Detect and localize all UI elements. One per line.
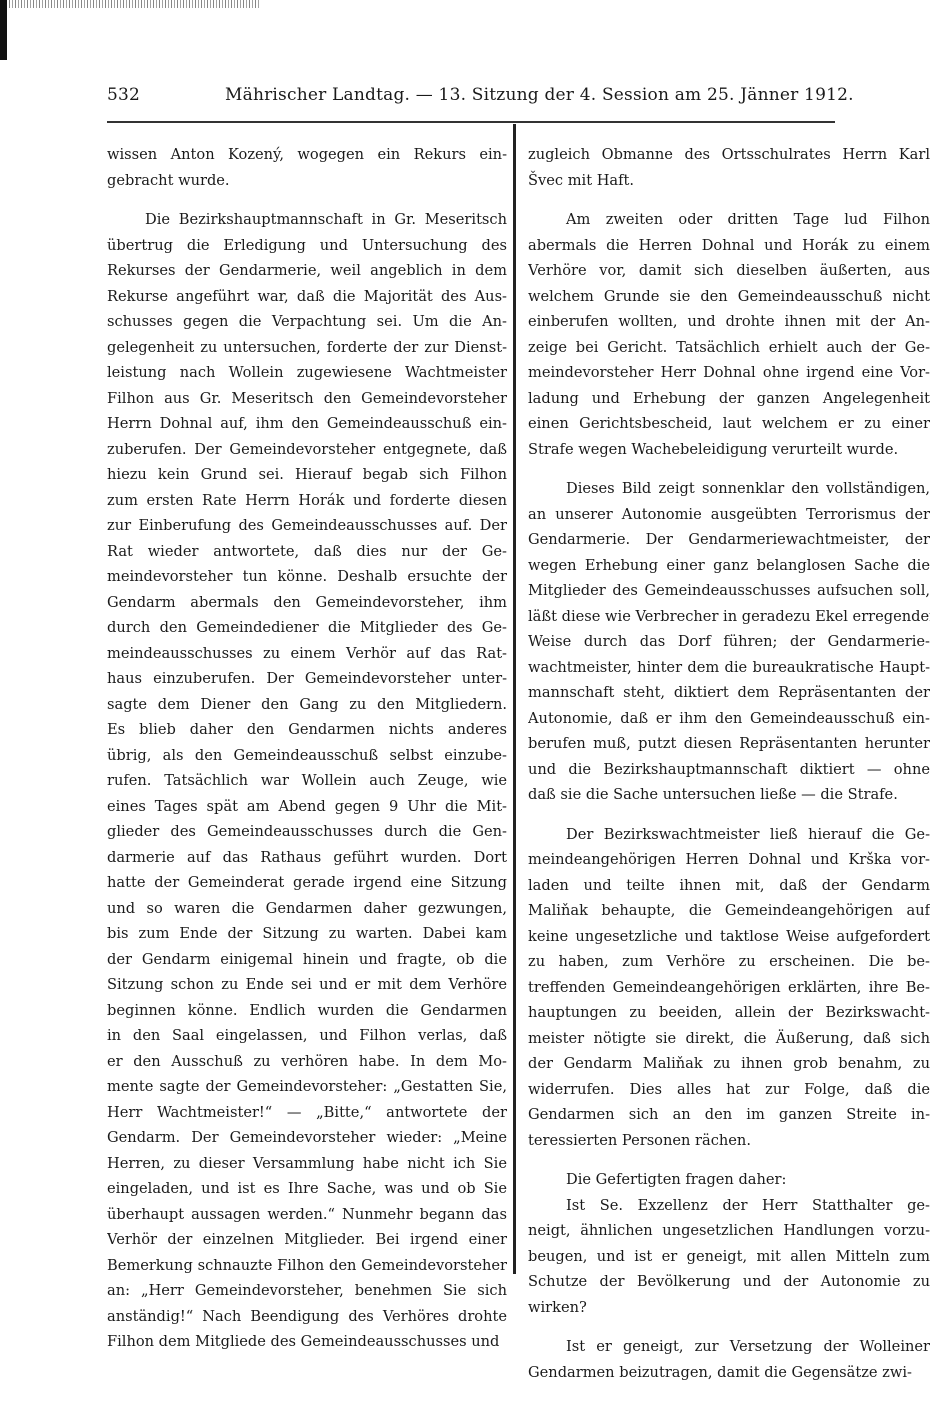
- text-line: hauptungen zu beeiden, allein der Bezirk…: [528, 1000, 930, 1026]
- text-line: mente sagte der Gemeindevorsteher: „Gest…: [107, 1074, 507, 1100]
- paragraph: wissen Anton Kozený, wogegen ein Rekurs …: [107, 142, 507, 193]
- text-line: Autonomie, daß er ihm den Gemeindeaussch…: [528, 706, 930, 732]
- text-line: meindevorsteher Herr Dohnal ohne irgend …: [528, 360, 930, 386]
- text-line: beginnen könne. Endlich wurden die Genda…: [107, 998, 507, 1024]
- text-line: überhaupt aussagen werden.“ Nunmehr bega…: [107, 1202, 507, 1228]
- text-line: der Gendarm Maliňak zu ihnen grob benahm…: [528, 1051, 930, 1077]
- text-line: durch den Gemeindediener die Mitglieder …: [107, 615, 507, 641]
- text-line: meister nötigte sie direkt, die Äußerung…: [528, 1026, 930, 1052]
- text-line: gebracht wurde.: [107, 168, 507, 194]
- text-line: wirken?: [528, 1295, 930, 1321]
- text-line: Gendarmerie. Der Gendarmeriewachtmeister…: [528, 527, 930, 553]
- text-line: Gendarmen beizutragen, damit die Gegensä…: [528, 1360, 930, 1386]
- text-line: wissen Anton Kozený, wogegen ein Rekurs …: [107, 142, 507, 168]
- text-line: berufen muß, putzt diesen Repräsentanten…: [528, 731, 930, 757]
- text-line: Herr Wachtmeister!“ — „Bitte,“ antwortet…: [107, 1100, 507, 1126]
- text-line: Mitglieder des Gemeindeausschusses aufsu…: [528, 578, 930, 604]
- paragraph: Die Gefertigten fragen daher:: [528, 1167, 930, 1193]
- text-line: Švec mit Haft.: [528, 168, 930, 194]
- text-line: Die Bezirkshauptmannschaft in Gr. Meseri…: [107, 207, 507, 233]
- scan-artifact-top: [0, 0, 260, 8]
- running-header: 532 Mährischer Landtag. — 13. Sitzung de…: [107, 82, 835, 110]
- scan-edge-shadow: [0, 0, 7, 60]
- text-line: Ist Se. Exzellenz der Herr Statthalter g…: [528, 1193, 930, 1219]
- text-line: Weise durch das Dorf führen; der Gendarm…: [528, 629, 930, 655]
- text-line: anständig!“ Nach Beendigung des Verhöres…: [107, 1304, 507, 1330]
- text-line: meindevorsteher tun könne. Deshalb ersuc…: [107, 564, 507, 590]
- running-title: Mährischer Landtag. — 13. Sitzung der 4.…: [225, 85, 854, 105]
- text-line: sagte dem Diener den Gang zu den Mitglie…: [107, 692, 507, 718]
- text-line: Filhon aus Gr. Meseritsch den Gemeindevo…: [107, 386, 507, 412]
- text-line: abermals die Herren Dohnal und Horák zu …: [528, 233, 930, 259]
- text-line: teressierten Personen rächen.: [528, 1128, 930, 1154]
- text-line: schusses gegen die Verpachtung sei. Um d…: [107, 309, 507, 335]
- text-line: er den Ausschuß zu verhören habe. In dem…: [107, 1049, 507, 1075]
- text-line: neigt, ähnlichen ungesetzlichen Handlung…: [528, 1218, 930, 1244]
- text-line: Rat wieder antwortete, daß dies nur der …: [107, 539, 507, 565]
- text-line: hatte der Gemeinderat gerade irgend eine…: [107, 870, 507, 896]
- text-line: einberufen wollten, und drohte ihnen mit…: [528, 309, 930, 335]
- text-line: darmerie auf das Rathaus geführt wurden.…: [107, 845, 507, 871]
- text-line: wegen Erhebung einer ganz belanglosen Sa…: [528, 553, 930, 579]
- text-line: treffenden Gemeindeangehörigen erklärten…: [528, 975, 930, 1001]
- text-line: Der Bezirkswachtmeister ließ hierauf die…: [528, 822, 930, 848]
- text-line: zugleich Obmanne des Ortsschulrates Herr…: [528, 142, 930, 168]
- text-line: und die Bezirkshauptmannschaft diktiert …: [528, 757, 930, 783]
- text-line: Sitzung schon zu Ende sei und er mit dem…: [107, 972, 507, 998]
- text-line: läßt diese wie Verbrecher in geradezu Ek…: [528, 604, 930, 630]
- paragraph: Am zweiten oder dritten Tage lud Filhona…: [528, 207, 930, 462]
- paragraph: Ist Se. Exzellenz der Herr Statthalter g…: [528, 1193, 930, 1321]
- text-line: zuberufen. Der Gemeindevorsteher entgegn…: [107, 437, 507, 463]
- text-line: Am zweiten oder dritten Tage lud Filhon: [528, 207, 930, 233]
- text-line: daß sie die Sache untersuchen ließe — di…: [528, 782, 930, 808]
- text-line: welchem Grunde sie den Gemeindeausschuß …: [528, 284, 930, 310]
- text-line: zeige bei Gericht. Tatsächlich erhielt a…: [528, 335, 930, 361]
- text-line: bis zum Ende der Sitzung zu warten. Dabe…: [107, 921, 507, 947]
- text-line: ladung und Erhebung der ganzen Angelegen…: [528, 386, 930, 412]
- text-line: keine ungesetzliche und taktlose Weise a…: [528, 924, 930, 950]
- page-number: 532: [107, 85, 140, 105]
- text-line: einen Gerichtsbescheid, laut welchem er …: [528, 411, 930, 437]
- text-line: laden und teilte ihnen mit, daß der Gend…: [528, 873, 930, 899]
- column-divider: [513, 124, 516, 1274]
- text-line: Gendarmen sich an den im ganzen Streite …: [528, 1102, 930, 1128]
- text-line: Die Gefertigten fragen daher:: [528, 1167, 930, 1193]
- text-line: Rekurses der Gendarmerie, weil angeblich…: [107, 258, 507, 284]
- text-line: Gendarm. Der Gemeindevorsteher wieder: „…: [107, 1125, 507, 1151]
- text-line: der Gendarm einigemal hinein und fragte,…: [107, 947, 507, 973]
- text-line: zu haben, zum Verhöre zu erscheinen. Die…: [528, 949, 930, 975]
- text-line: Gendarm abermals den Gemeindevorsteher, …: [107, 590, 507, 616]
- text-line: und so waren die Gendarmen daher gezwung…: [107, 896, 507, 922]
- text-line: mannschaft steht, diktiert dem Repräsent…: [528, 680, 930, 706]
- text-line: zum ersten Rate Herrn Horák und forderte…: [107, 488, 507, 514]
- paragraph: Der Bezirkswachtmeister ließ hierauf die…: [528, 822, 930, 1154]
- text-line: widerrufen. Dies alles hat zur Folge, da…: [528, 1077, 930, 1103]
- text-line: Es blieb daher den Gendarmen nichts ande…: [107, 717, 507, 743]
- text-line: Verhör der einzelnen Mitglieder. Bei irg…: [107, 1227, 507, 1253]
- header-rule: [107, 121, 835, 123]
- text-line: wachtmeister, hinter dem die bureaukrati…: [528, 655, 930, 681]
- text-line: Dieses Bild zeigt sonnenklar den vollstä…: [528, 476, 930, 502]
- text-line: meindeangehörigen Herren Dohnal und Kršk…: [528, 847, 930, 873]
- text-line: übrig, als den Gemeindeausschuß selbst e…: [107, 743, 507, 769]
- right-column: zugleich Obmanne des Ortsschulrates Herr…: [528, 142, 930, 1385]
- text-line: haus einzuberufen. Der Gemeindevorsteher…: [107, 666, 507, 692]
- text-line: glieder des Gemeindeausschusses durch di…: [107, 819, 507, 845]
- text-line: meindeausschusses zu einem Verhör auf da…: [107, 641, 507, 667]
- text-line: an unserer Autonomie ausgeübten Terroris…: [528, 502, 930, 528]
- paragraph: zugleich Obmanne des Ortsschulrates Herr…: [528, 142, 930, 193]
- text-line: Filhon dem Mitgliede des Gemeindeausschu…: [107, 1329, 507, 1355]
- text-line: leistung nach Wollein zugewiesene Wachtm…: [107, 360, 507, 386]
- paragraph: Ist er geneigt, zur Versetzung der Wolle…: [528, 1334, 930, 1385]
- text-line: eingeladen, und ist es Ihre Sache, was u…: [107, 1176, 507, 1202]
- text-line: in den Saal eingelassen, und Filhon verl…: [107, 1023, 507, 1049]
- paragraph: Die Bezirkshauptmannschaft in Gr. Meseri…: [107, 207, 507, 1355]
- paragraph: Dieses Bild zeigt sonnenklar den vollstä…: [528, 476, 930, 808]
- text-line: eines Tages spät am Abend gegen 9 Uhr di…: [107, 794, 507, 820]
- text-line: hiezu kein Grund sei. Hierauf begab sich…: [107, 462, 507, 488]
- text-line: beugen, und ist er geneigt, mit allen Mi…: [528, 1244, 930, 1270]
- text-line: Schutze der Bevölkerung und der Autonomi…: [528, 1269, 930, 1295]
- text-line: zur Einberufung des Gemeindeausschusses …: [107, 513, 507, 539]
- text-line: Maliňak behaupte, die Gemeindeangehörige…: [528, 898, 930, 924]
- text-line: Herren, zu dieser Versammlung habe nicht…: [107, 1151, 507, 1177]
- text-line: Verhöre vor, damit sich dieselben äußert…: [528, 258, 930, 284]
- text-line: Strafe wegen Wachebeleidigung verurteilt…: [528, 437, 930, 463]
- text-line: an: „Herr Gemeindevorsteher, benehmen Si…: [107, 1278, 507, 1304]
- text-line: Herrn Dohnal auf, ihm den Gemeindeaussch…: [107, 411, 507, 437]
- text-line: Bemerkung schnauzte Filhon den Gemeindev…: [107, 1253, 507, 1279]
- text-line: Ist er geneigt, zur Versetzung der Wolle…: [528, 1334, 930, 1360]
- text-line: gelegenheit zu untersuchen, forderte der…: [107, 335, 507, 361]
- text-line: Rekurse angeführt war, daß die Majorität…: [107, 284, 507, 310]
- left-column: wissen Anton Kozený, wogegen ein Rekurs …: [107, 142, 507, 1355]
- text-line: übertrug die Erledigung und Untersuchung…: [107, 233, 507, 259]
- text-line: rufen. Tatsächlich war Wollein auch Zeug…: [107, 768, 507, 794]
